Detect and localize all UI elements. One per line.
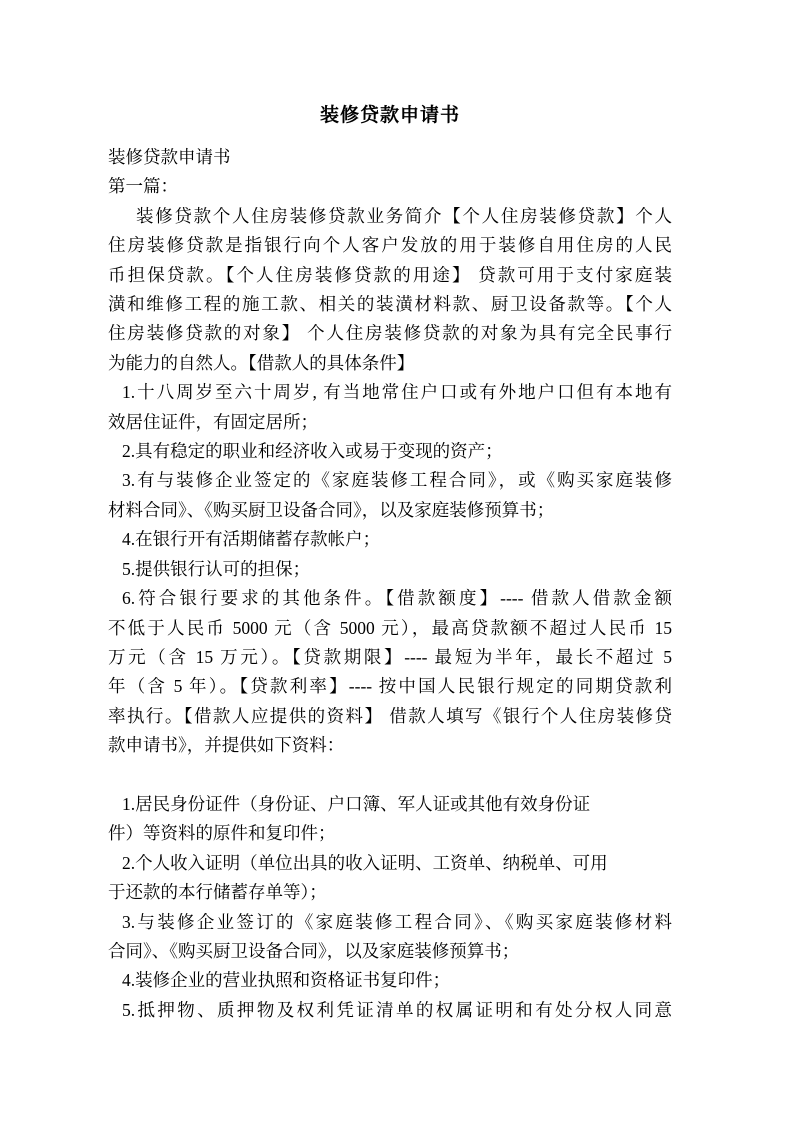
text-line: 于还款的本行储蓄存单等）；: [108, 878, 672, 907]
text-line: 不低于人民币 5000 元（含 5000 元），最高贷款额不超过人民币 15: [108, 614, 672, 643]
text-line: 件）等资料的原件和复印件；: [108, 819, 672, 848]
text-line: 材料合同》、《购买厨卫设备合同》，以及家庭装修预算书；: [108, 496, 672, 525]
text-line: 效居住证件，有固定居所；: [108, 408, 672, 437]
text-line: 4.装修企业的营业执照和资格证书复印件；: [108, 966, 672, 995]
text-line: 款申请书》，并提供如下资料：: [108, 731, 672, 760]
document-title: 装修贷款申请书: [108, 101, 672, 130]
text-line: 住房装修贷款是指银行向个人客户发放的用于装修自用住房的人民: [108, 231, 672, 260]
text-line: 6.符合银行要求的其他条件。【借款额度】---- 借款人借款金额: [108, 584, 672, 613]
text-line: 装修贷款个人住房装修贷款业务简介【个人住房装修贷款】个人: [108, 202, 672, 231]
text-line: 潢和维修工程的施工款、相关的装潢材料款、厨卫设备款等。【个人: [108, 290, 672, 319]
text-line: 1.十八周岁至六十周岁, 有当地常住户口或有外地户口但有本地有: [108, 378, 672, 407]
text-line: 年（含 5 年）。【贷款利率】---- 按中国人民银行规定的同期贷款利: [108, 672, 672, 701]
text-line: 4.在银行开有活期储蓄存款帐户；: [108, 525, 672, 554]
text-line: 万元（含 15 万元）。【贷款期限】---- 最短为半年，最长不超过 5: [108, 643, 672, 672]
text-line: 第一篇：: [108, 172, 672, 201]
text-line: 2.个人收入证明（单位出具的收入证明、工资单、纳税单、可用: [108, 849, 672, 878]
text-line: 3.有与装修企业签定的《家庭装修工程合同》，或《购买家庭装修: [108, 466, 672, 495]
document-body: 装修贷款申请书第一篇：装修贷款个人住房装修贷款业务简介【个人住房装修贷款】个人住…: [108, 143, 672, 1025]
text-line: 1.居民身份证件（身份证、户口簿、军人证或其他有效身份证: [108, 790, 672, 819]
text-line: 币担保贷款。【个人住房装修贷款的用途】 贷款可用于支付家庭装: [108, 261, 672, 290]
document-page: 装修贷款申请书 装修贷款申请书第一篇：装修贷款个人住房装修贷款业务简介【个人住房…: [0, 0, 794, 1123]
text-line: [108, 761, 672, 790]
text-line: 2.具有稳定的职业和经济收入或易于变现的资产；: [108, 437, 672, 466]
text-line: 5.抵押物、质押物及权利凭证清单的权属证明和有处分权人同意: [108, 996, 672, 1025]
text-line: 住房装修贷款的对象】 个人住房装修贷款的对象为具有完全民事行: [108, 319, 672, 348]
text-line: 5.提供银行认可的担保；: [108, 555, 672, 584]
text-line: 3.与装修企业签订的《家庭装修工程合同》、《购买家庭装修材料: [108, 908, 672, 937]
text-line: 率执行。【借款人应提供的资料】 借款人填写《银行个人住房装修贷: [108, 702, 672, 731]
text-line: 装修贷款申请书: [108, 143, 672, 172]
text-line: 为能力的自然人。【借款人的具体条件】: [108, 349, 672, 378]
text-line: 合同》、《购买厨卫设备合同》，以及家庭装修预算书；: [108, 937, 672, 966]
